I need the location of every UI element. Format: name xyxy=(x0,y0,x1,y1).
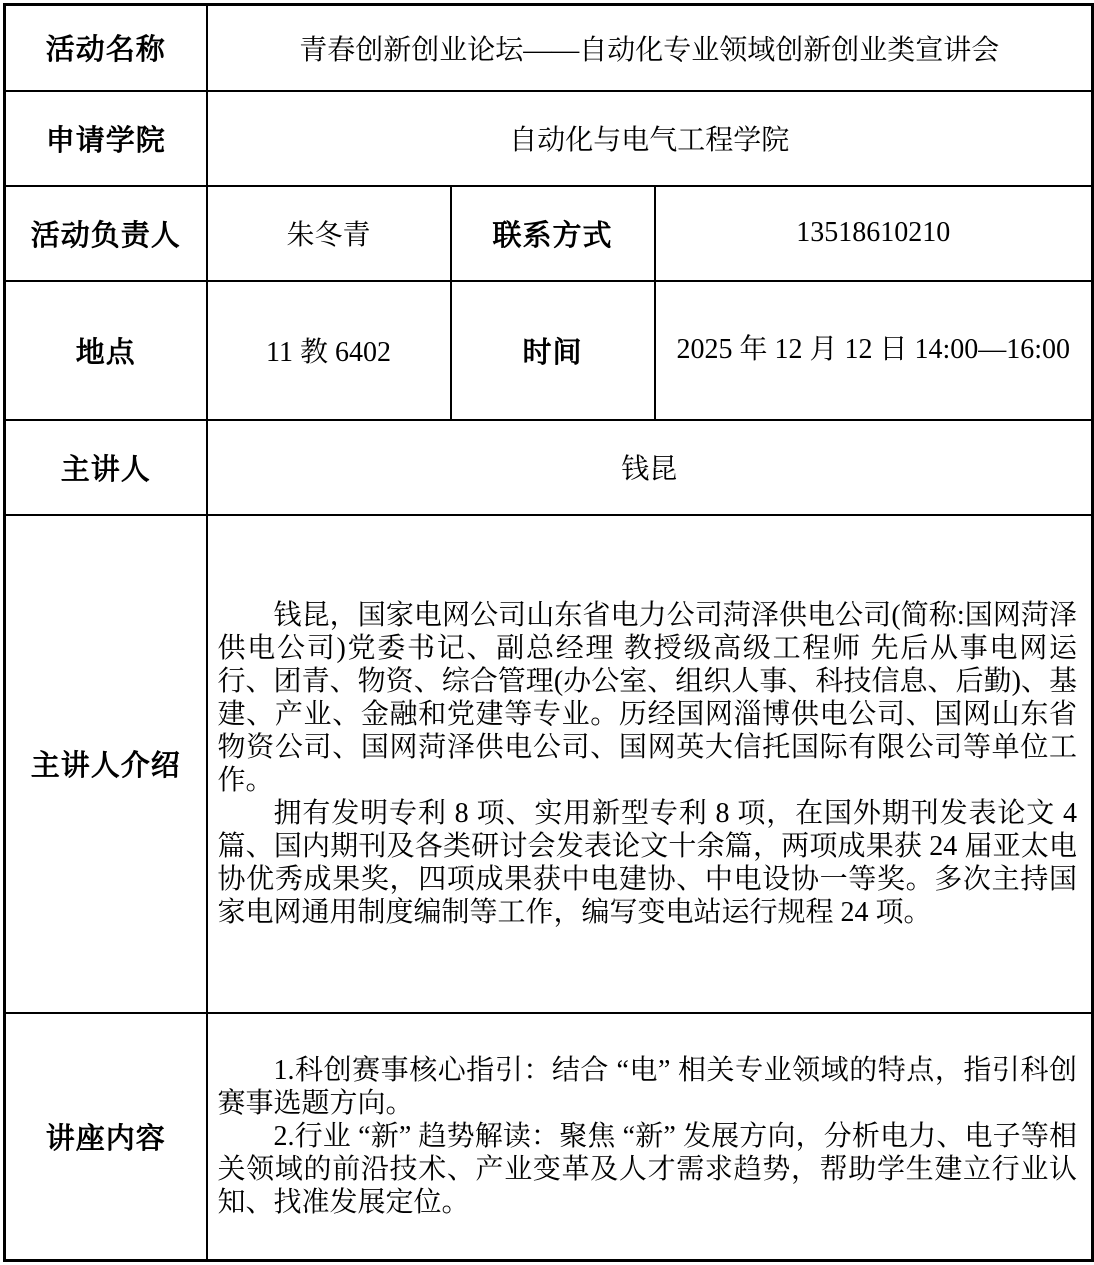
time-value: 2025 年 12 月 12 日 14:00—16:00 xyxy=(655,281,1093,420)
lecture-content-row: 讲座内容 1.科创赛事核心指引：结合 “电” 相关专业领域的特点，指引科创赛事选… xyxy=(5,1013,1093,1261)
speaker-row: 主讲人 钱昆 xyxy=(5,420,1093,515)
speaker-intro-label: 主讲人介绍 xyxy=(5,515,207,1013)
lecture-content-item: 1.科创赛事核心指引：结合 “电” 相关专业领域的特点，指引科创赛事选题方向。 xyxy=(218,1054,1078,1120)
leader-contact-row: 活动负责人 朱冬青 联系方式 13518610210 xyxy=(5,186,1093,281)
speaker-label: 主讲人 xyxy=(5,420,207,515)
college-row: 申请学院 自动化与电气工程学院 xyxy=(5,91,1093,186)
speaker-intro-row: 主讲人介绍 钱昆，国家电网公司山东省电力公司菏泽供电公司(简称:国网菏泽供电公司… xyxy=(5,515,1093,1013)
contact-label: 联系方式 xyxy=(451,186,655,281)
activity-application-document: 活动名称 青春创新创业论坛——自动化专业领域创新创业类宣讲会 申请学院 自动化与… xyxy=(0,0,1094,1265)
activity-info-table: 活动名称 青春创新创业论坛——自动化专业领域创新创业类宣讲会 申请学院 自动化与… xyxy=(3,3,1094,1262)
speaker-intro-paragraph: 拥有发明专利 8 项、实用新型专利 8 项，在国外期刊发表论文 4 篇、国内期刊… xyxy=(218,797,1078,929)
contact-value: 13518610210 xyxy=(655,186,1093,281)
location-value: 11 教 6402 xyxy=(207,281,451,420)
activity-name-row: 活动名称 青春创新创业论坛——自动化专业领域创新创业类宣讲会 xyxy=(5,5,1093,91)
time-label: 时间 xyxy=(451,281,655,420)
activity-name-label: 活动名称 xyxy=(5,5,207,91)
leader-value: 朱冬青 xyxy=(207,186,451,281)
location-time-row: 地点 11 教 6402 时间 2025 年 12 月 12 日 14:00—1… xyxy=(5,281,1093,420)
college-value: 自动化与电气工程学院 xyxy=(207,91,1093,186)
leader-label: 活动负责人 xyxy=(5,186,207,281)
lecture-content-item: 2.行业 “新” 趋势解读：聚焦 “新” 发展方向，分析电力、电子等相关领域的前… xyxy=(218,1120,1078,1219)
speaker-value: 钱昆 xyxy=(207,420,1093,515)
speaker-intro-paragraph: 钱昆，国家电网公司山东省电力公司菏泽供电公司(简称:国网菏泽供电公司)党委书记、… xyxy=(218,599,1078,797)
speaker-intro-text: 钱昆，国家电网公司山东省电力公司菏泽供电公司(简称:国网菏泽供电公司)党委书记、… xyxy=(207,515,1093,1013)
location-label: 地点 xyxy=(5,281,207,420)
lecture-content-text: 1.科创赛事核心指引：结合 “电” 相关专业领域的特点，指引科创赛事选题方向。 … xyxy=(207,1013,1093,1261)
lecture-content-label: 讲座内容 xyxy=(5,1013,207,1261)
activity-name-value: 青春创新创业论坛——自动化专业领域创新创业类宣讲会 xyxy=(207,5,1093,91)
college-label: 申请学院 xyxy=(5,91,207,186)
